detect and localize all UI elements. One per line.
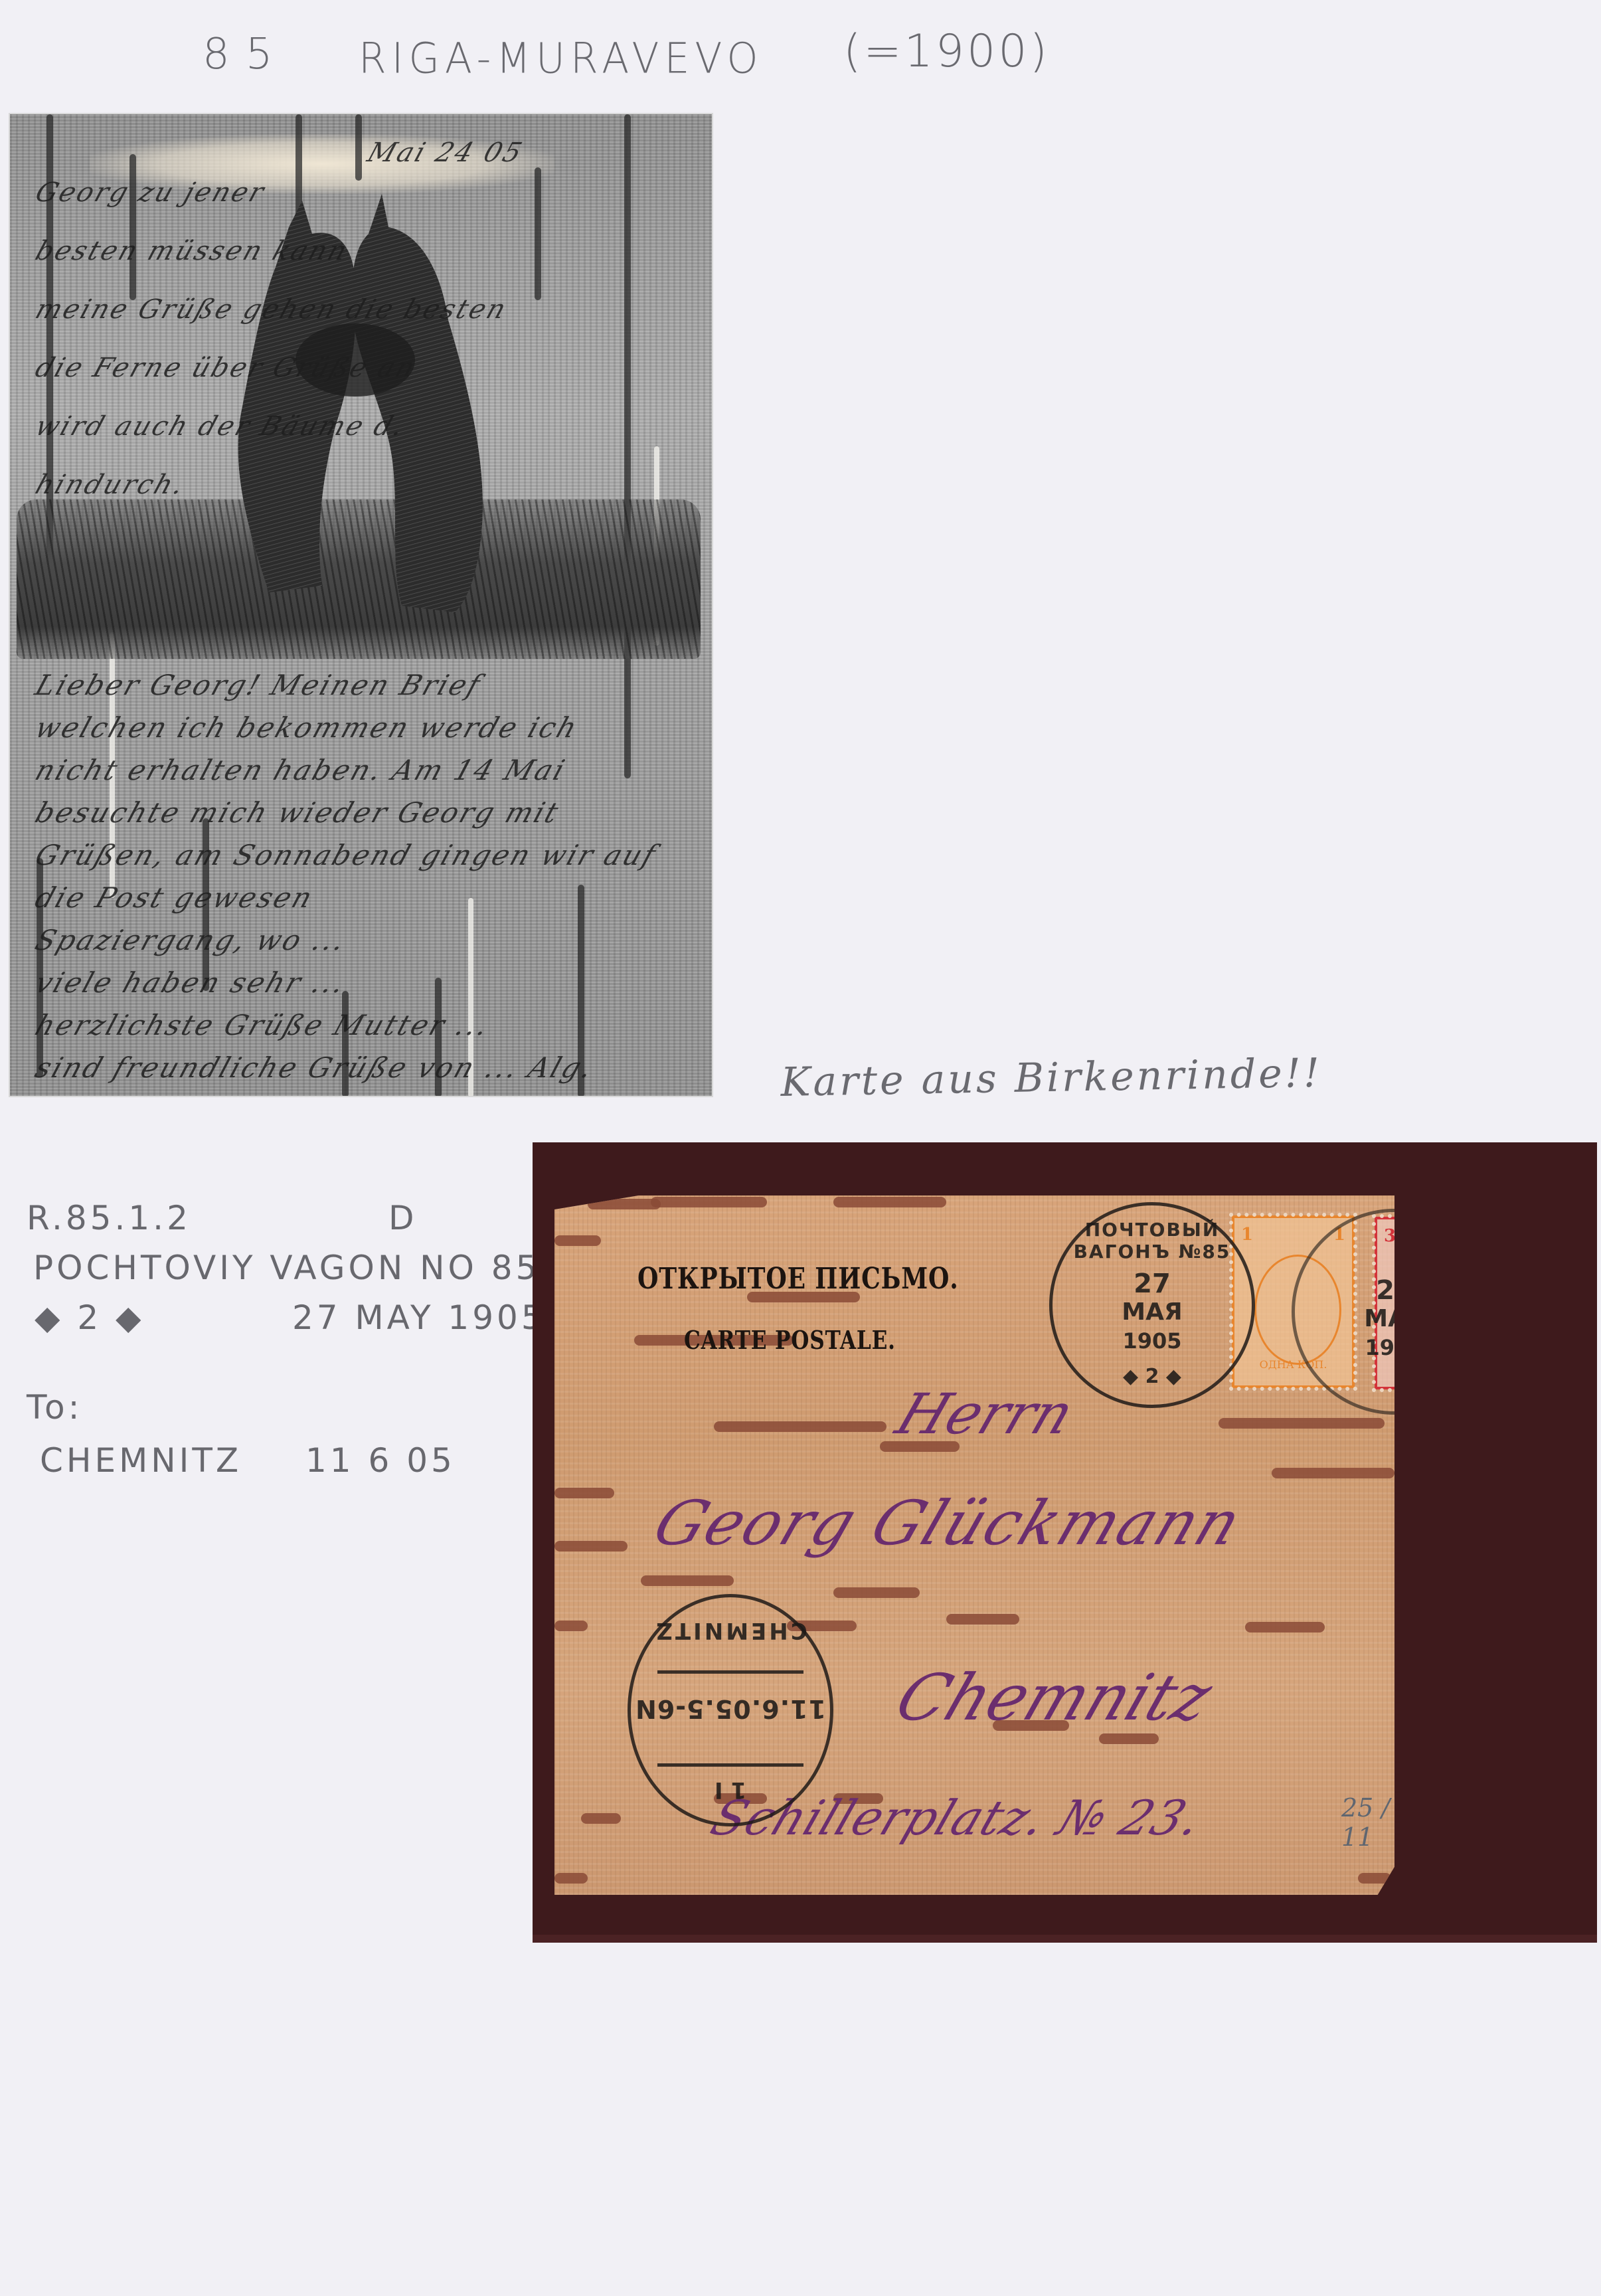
arrival-postmark: 1 I 11.6.05.5-6N CHEMNITZ [628,1594,833,1826]
pencil-mark: 25 / 11 [1341,1793,1394,1852]
printed-header-russian: ОТКРЫТОЕ ПИСЬМО. [637,1262,959,1296]
bark-lenticel [581,1813,621,1824]
address-name: Georg Glückmann [645,1488,1252,1559]
message-line: Lieber Georg! Meinen Brief [31,669,486,701]
bark-lenticel [1245,1622,1325,1633]
bark-lenticel [554,1621,588,1631]
bark-lenticel [1219,1418,1385,1429]
message-line: Georg zu jener [32,177,270,208]
bark-lenticel [1272,1468,1394,1478]
bark-lenticel [554,1873,588,1884]
message-line: nicht erhalten haben. Am 14 Mai [31,754,570,786]
stamp-label: ТРИ КОП. [1377,1360,1498,1372]
postmark-ring-text: ПОЧТОВЫЙ ВАГОНЪ №85 [1053,1219,1252,1263]
message-line: hindurch. [32,470,190,500]
bark-lenticel [1099,1733,1159,1744]
postmark-number: ◆ 2 ◆ [1053,1365,1252,1388]
album-mount: ОТКРЫТОЕ ПИСЬМО. CARTE POSTALE. 1 1 ОДНА… [533,1142,1597,1943]
coat-of-arms-icon [1397,1256,1484,1366]
period-heading: (=1900) [843,25,1050,78]
message-line: Spaziergang, wo ... [31,924,351,956]
bark-streak [535,167,541,300]
bark-lenticel [833,1587,920,1598]
message-line: wird auch der Bäume d. [32,411,410,442]
address-city: Chemnitz [886,1660,1222,1735]
bark-lenticel [554,1235,601,1246]
page-number-heading: 85 [203,30,288,79]
bark-lenticel [641,1575,734,1586]
rarity-grade: D [388,1199,418,1237]
address-side-card: ОТКРЫТОЕ ПИСЬМО. CARTE POSTALE. 1 1 ОДНА… [554,1195,1394,1895]
destination-city: CHEMNITZ [40,1441,242,1480]
destination-label: To: [27,1388,82,1427]
cancel-date: 27 MAY 1905 [292,1298,546,1337]
stamp-value: 3 [1479,1226,1491,1246]
bark-streak [624,114,631,778]
railway-postmark-on-stamps: 27 МАЯ 1905 [1292,1209,1497,1415]
bark-streak [355,114,362,181]
arrival-date: 11 6 05 [305,1441,456,1480]
address-salutation: Herrn [888,1381,1082,1447]
message-line: herzlichste Grüße Mutter ... [31,1009,494,1041]
cancel-number: ◆ 2 ◆ [35,1298,145,1337]
bark-lenticel [588,1199,661,1209]
bark-lenticel [554,1541,628,1551]
postmark-year: 1905 [1295,1335,1494,1360]
message-line: welchen ich bekommen werde ich [31,711,583,744]
postmark-city: CHEMNITZ [631,1617,830,1644]
postmark-office-number: 1 I [631,1777,830,1803]
railway-postmark: ПОЧТОВЫЙ ВАГОНЪ №85 27 МАЯ 1905 ◆ 2 ◆ [1049,1202,1255,1408]
bark-lenticel [554,1488,614,1498]
postmark-year: 1905 [1053,1328,1252,1354]
picture-side-card: Mai 24 05 Georg zu jenerbesten müssen ka… [10,114,712,1096]
postmark-month: МАЯ [1295,1305,1494,1332]
catalogue-reference: R.85.1.2 [27,1199,191,1237]
message-date: Mai 24 05 [364,137,528,168]
message-line: meine Grüße gehen die besten [32,294,512,325]
printed-header-french: CARTE POSTALE. [684,1325,896,1355]
bark-lenticel [946,1614,1019,1625]
cancel-transliteration: POCHTOVIY VAGON NO 85 [33,1249,540,1287]
postmark-date: 11.6.05.5-6N [631,1694,830,1723]
postmark-day: 27 [1295,1275,1494,1306]
birch-bark-note: Karte aus Birkenrinde!! [780,1050,1322,1106]
postmark-bridge [657,1652,803,1674]
message-line: besten müssen kann [32,236,353,266]
message-line: die Post gewesen [31,881,318,914]
bark-lenticel [833,1197,946,1207]
bark-lenticel [714,1421,886,1432]
postmark-month: МАЯ [1053,1298,1252,1326]
message-line: Grüßen, am Sonnabend gingen wir auf [31,839,661,871]
message-line: die Ferne über Grüße an [32,353,421,383]
message-line: besuchte mich wieder Georg mit [31,796,564,829]
bark-streak [129,154,136,300]
postmark-day: 27 [1053,1269,1252,1299]
message-line: sind freundliche Grüße von ... Alg. [31,1051,598,1084]
bark-lenticel [1358,1873,1391,1884]
route-heading: RIGA-MURAVEVO [359,35,764,84]
postmark-bridge [657,1745,803,1767]
message-line: viele haben sehr ... [31,966,351,999]
bark-lenticel [651,1197,767,1207]
